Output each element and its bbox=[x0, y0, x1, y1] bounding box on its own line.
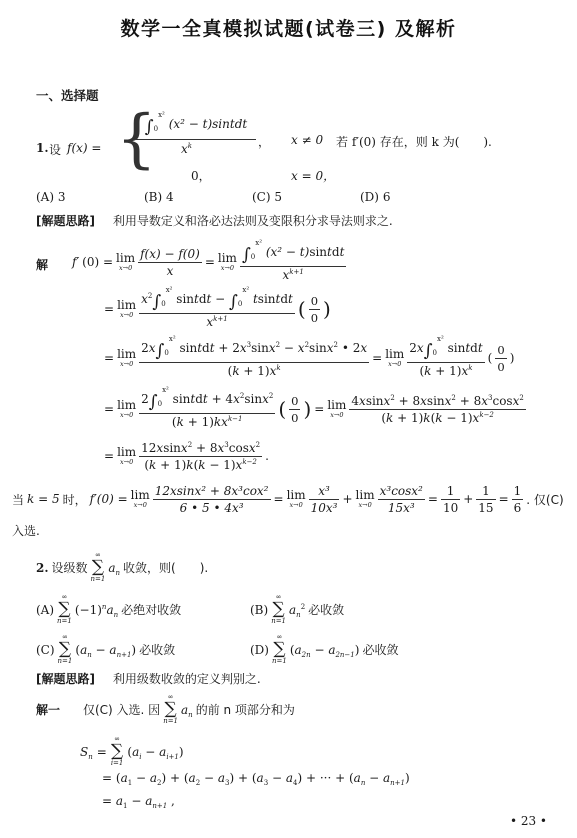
limit: limx→0 bbox=[117, 399, 136, 419]
limit: limx→0 bbox=[327, 399, 346, 419]
solution-line-5: = limx→0 12xsinx2 + 8x3cosx2 (k + 1)k(k … bbox=[104, 436, 269, 476]
question-tail: 若 f′(0) 存在，则 k 为( ). bbox=[336, 133, 492, 150]
sn-line-1: Sn= ∞∑i=1 (ai − ai+1) bbox=[80, 736, 184, 767]
solution-line-1: f′(0) = limx→0 f(x) − f(0)x = limx→0 ∫0x… bbox=[72, 240, 346, 284]
hint-text: 利用导数定义和洛必达法则及变限积分求导法则求之. bbox=[113, 214, 393, 228]
solution-line-2: = limx→0 x2∫0x² sintdt − ∫0x² tsintdt xk… bbox=[104, 287, 331, 331]
fraction: 2∫0x² sintdt + 4x2sinx2 (k + 1)kxk−1 bbox=[139, 390, 275, 429]
fraction: 2x∫0x² sintdt + 2x3sinx2 − x2sinx2 • 2x … bbox=[139, 339, 369, 378]
option-a[interactable]: (A) 3 bbox=[36, 190, 66, 204]
limit: limx→0 bbox=[385, 348, 404, 368]
sn-line-2: = (a1 − a2) + (a2 − a3) + (a3 − a4) + ··… bbox=[102, 771, 410, 785]
fraction: ∫0x² (x² − t)sintdt xk+1 bbox=[240, 243, 346, 282]
case2-condition: x = 0， bbox=[291, 167, 335, 184]
hint-label: [解题思路] bbox=[36, 214, 95, 228]
option-c[interactable]: (C) 5 bbox=[252, 190, 282, 204]
conclusion-continued: 入选. bbox=[12, 522, 40, 539]
case1-numerator: ∫0x² (x² − t)sintdt bbox=[136, 115, 256, 137]
hint-text: 利用级数收敛的定义判别之. bbox=[113, 672, 261, 686]
fraction: 4xsinx2 + 8xsinx2 + 8x3cosx2 (k + 1)k(k … bbox=[349, 394, 525, 425]
case2-value: 0， bbox=[191, 167, 211, 184]
option-d[interactable]: (D) ∞∑n=1 (a2n − a2n−1) 必收敛 bbox=[250, 634, 398, 665]
problem-number: 2. bbox=[36, 561, 49, 575]
case1-denominator: xk bbox=[181, 142, 192, 156]
limit: limx→0 bbox=[116, 252, 135, 272]
problem-2-statement: 2. 设级数 ∞∑n=1 an 收敛，则( ). bbox=[36, 552, 208, 583]
option-c[interactable]: (C) ∞∑n=1 (an − an+1) 必收敛 bbox=[36, 634, 175, 665]
option-b[interactable]: (B) 4 bbox=[144, 190, 174, 204]
solution-line-3: = limx→0 2x∫0x² sintdt + 2x3sinx2 − x2si… bbox=[104, 336, 514, 380]
page-title: 数学一全真模拟试题(试卷三) 及解析 bbox=[0, 14, 577, 41]
case1-condition: x ≠ 0 bbox=[291, 133, 323, 147]
fraction-bar bbox=[136, 139, 256, 140]
option-d[interactable]: (D) 6 bbox=[360, 190, 390, 204]
page-number: • 23 • bbox=[510, 814, 547, 828]
fraction: 2x∫0x² sintdt (k + 1)xk bbox=[407, 339, 484, 378]
solution-label: 解一 bbox=[36, 701, 80, 718]
problem-2-solution-intro: 解一 仅(C) 入选. 因 ∞∑n=1 an 的前 n 项部分和为 bbox=[36, 694, 295, 725]
solution-label: 解 bbox=[36, 256, 48, 273]
solution-line-4: = limx→0 2∫0x² sintdt + 4x2sinx2 (k + 1)… bbox=[104, 387, 526, 431]
fraction: 12xsinx2 + 8x3cosx2 (k + 1)k(k − 1)xk−2 bbox=[139, 441, 262, 472]
option-b[interactable]: (B) ∞∑n=1 an2 必收敛 bbox=[250, 594, 344, 625]
sum-symbol: ∞∑n=1 bbox=[91, 552, 106, 583]
problem-lead: 设级数 bbox=[52, 559, 88, 576]
fraction: f(x) − f(0)x bbox=[138, 247, 202, 278]
section-heading: 一、选择题 bbox=[36, 86, 99, 104]
problem-1-hint: [解题思路] 利用导数定义和洛必达法则及变限积分求导法则求之. bbox=[36, 212, 393, 229]
question-tail: 收敛，则( ). bbox=[123, 559, 208, 576]
problem-1-conclusion: 当 k = 5 时， f′(0) = limx→0 12xsinx² + 8x³… bbox=[12, 480, 564, 518]
hint-label: [解题思路] bbox=[36, 672, 95, 686]
limit: limx→0 bbox=[218, 252, 237, 272]
comma: ， bbox=[258, 133, 270, 150]
limit: limx→0 bbox=[117, 446, 136, 466]
option-a[interactable]: (A) ∞∑n=1 (−1)nan 必绝对收敛 bbox=[36, 594, 181, 625]
math-text: f′ bbox=[72, 255, 79, 269]
fx-label: f(x) = bbox=[67, 141, 101, 155]
problem-number: 1. bbox=[36, 141, 49, 155]
sn-line-3: = a1 − an+1 , bbox=[102, 794, 175, 808]
limit: limx→0 bbox=[117, 348, 136, 368]
limit: limx→0 bbox=[117, 299, 136, 319]
fraction: x2∫0x² sintdt − ∫0x² tsintdt xk+1 bbox=[139, 290, 295, 329]
problem-lead: 设 bbox=[49, 141, 61, 158]
problem-2-hint: [解题思路] 利用级数收敛的定义判别之. bbox=[36, 670, 261, 687]
